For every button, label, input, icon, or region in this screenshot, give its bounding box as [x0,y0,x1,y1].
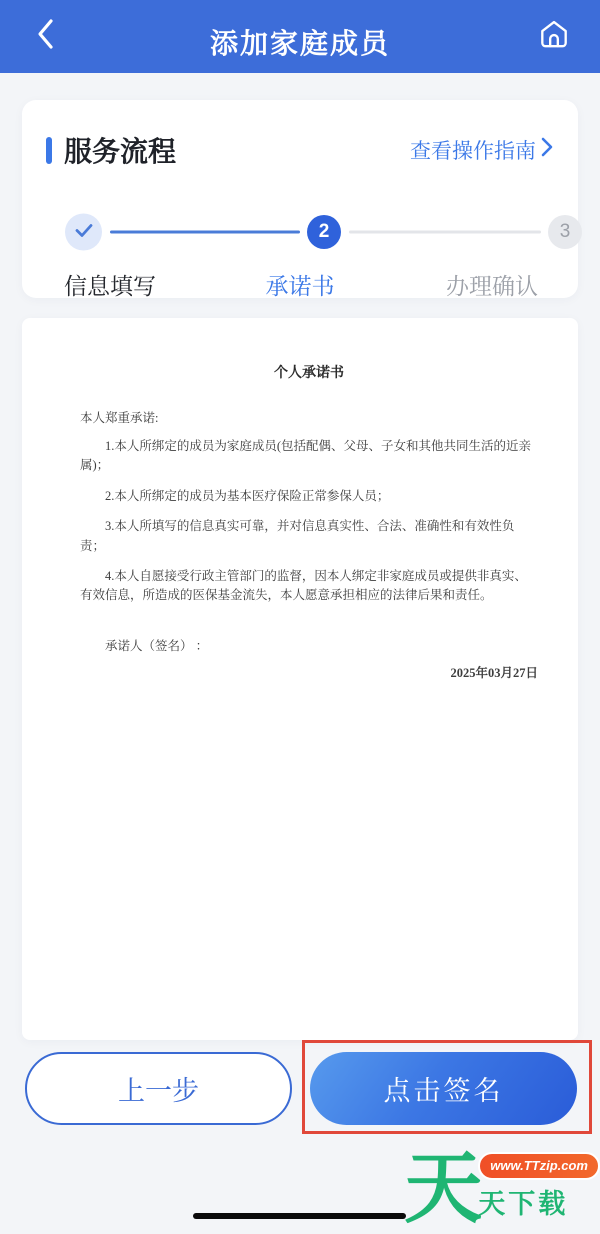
watermark-brand-text: 天下载 [478,1182,568,1221]
section-accent-bar [46,137,52,164]
document-clause-2: 2.本人所绑定的成员为基本医疗保险正常参保人员； [80,487,538,506]
check-icon [75,221,93,243]
page-title: 添加家庭成员 [0,22,600,62]
document-clause-4: 4.本人自愿接受行政主管部门的监督，因本人绑定非家庭成员或提供非真实、有效信息，… [80,567,538,606]
step-1-label: 信息填写 [64,268,156,301]
commitment-document: 个人承诺书 本人郑重承诺: 1.本人所绑定的成员为家庭成员(包括配偶、父母、子女… [22,318,578,1040]
ttzip-watermark-logo: 天 www.TTzip.com 天下载 [404,1148,600,1234]
section-title: 服务流程 [64,130,410,170]
action-bar: 上一步 点击签名 [0,1052,600,1125]
signer-label: 承诺人（签名） ： [80,636,538,654]
app-header: 添加家庭成员 [0,0,600,73]
chevron-right-icon [536,136,554,164]
back-button[interactable] [26,17,66,57]
chevron-left-icon [35,16,57,57]
step-3-label: 办理确认 [446,268,538,301]
home-button[interactable] [534,17,574,57]
document-title: 个人承诺书 [80,362,538,382]
progress-stepper: 2 3 [46,212,554,252]
step-3-circle: 3 [548,215,582,249]
home-indicator-bar [193,1213,406,1219]
step-2-label: 承诺书 [266,268,335,301]
watermark-big-char: 天 [404,1148,482,1228]
step-2-circle: 2 [307,215,341,249]
watermark-url-badge: www.TTzip.com [478,1152,600,1180]
sign-button[interactable]: 点击签名 [310,1052,577,1125]
document-date: 2025年03月27日 [80,663,538,681]
guide-link[interactable]: 查看操作指南 [410,135,554,165]
document-clause-1: 1.本人所绑定的成员为家庭成员(包括配偶、父母、子女和其他共同生活的近亲属)； [80,437,538,476]
home-icon [537,17,571,56]
document-intro: 本人郑重承诺: [80,408,538,426]
document-clause-3: 3.本人所填写的信息真实可靠，并对信息真实性、合法、准确性和有效性负责； [80,517,538,556]
guide-link-label: 查看操作指南 [410,135,536,165]
service-flow-card: 服务流程 查看操作指南 2 3 信息填写 承诺书 办理确认 [22,100,578,298]
step-1-circle [65,214,102,251]
previous-step-button[interactable]: 上一步 [25,1052,292,1125]
stepper-connector-done [110,231,300,234]
stepper-connector-upcoming [349,231,541,234]
